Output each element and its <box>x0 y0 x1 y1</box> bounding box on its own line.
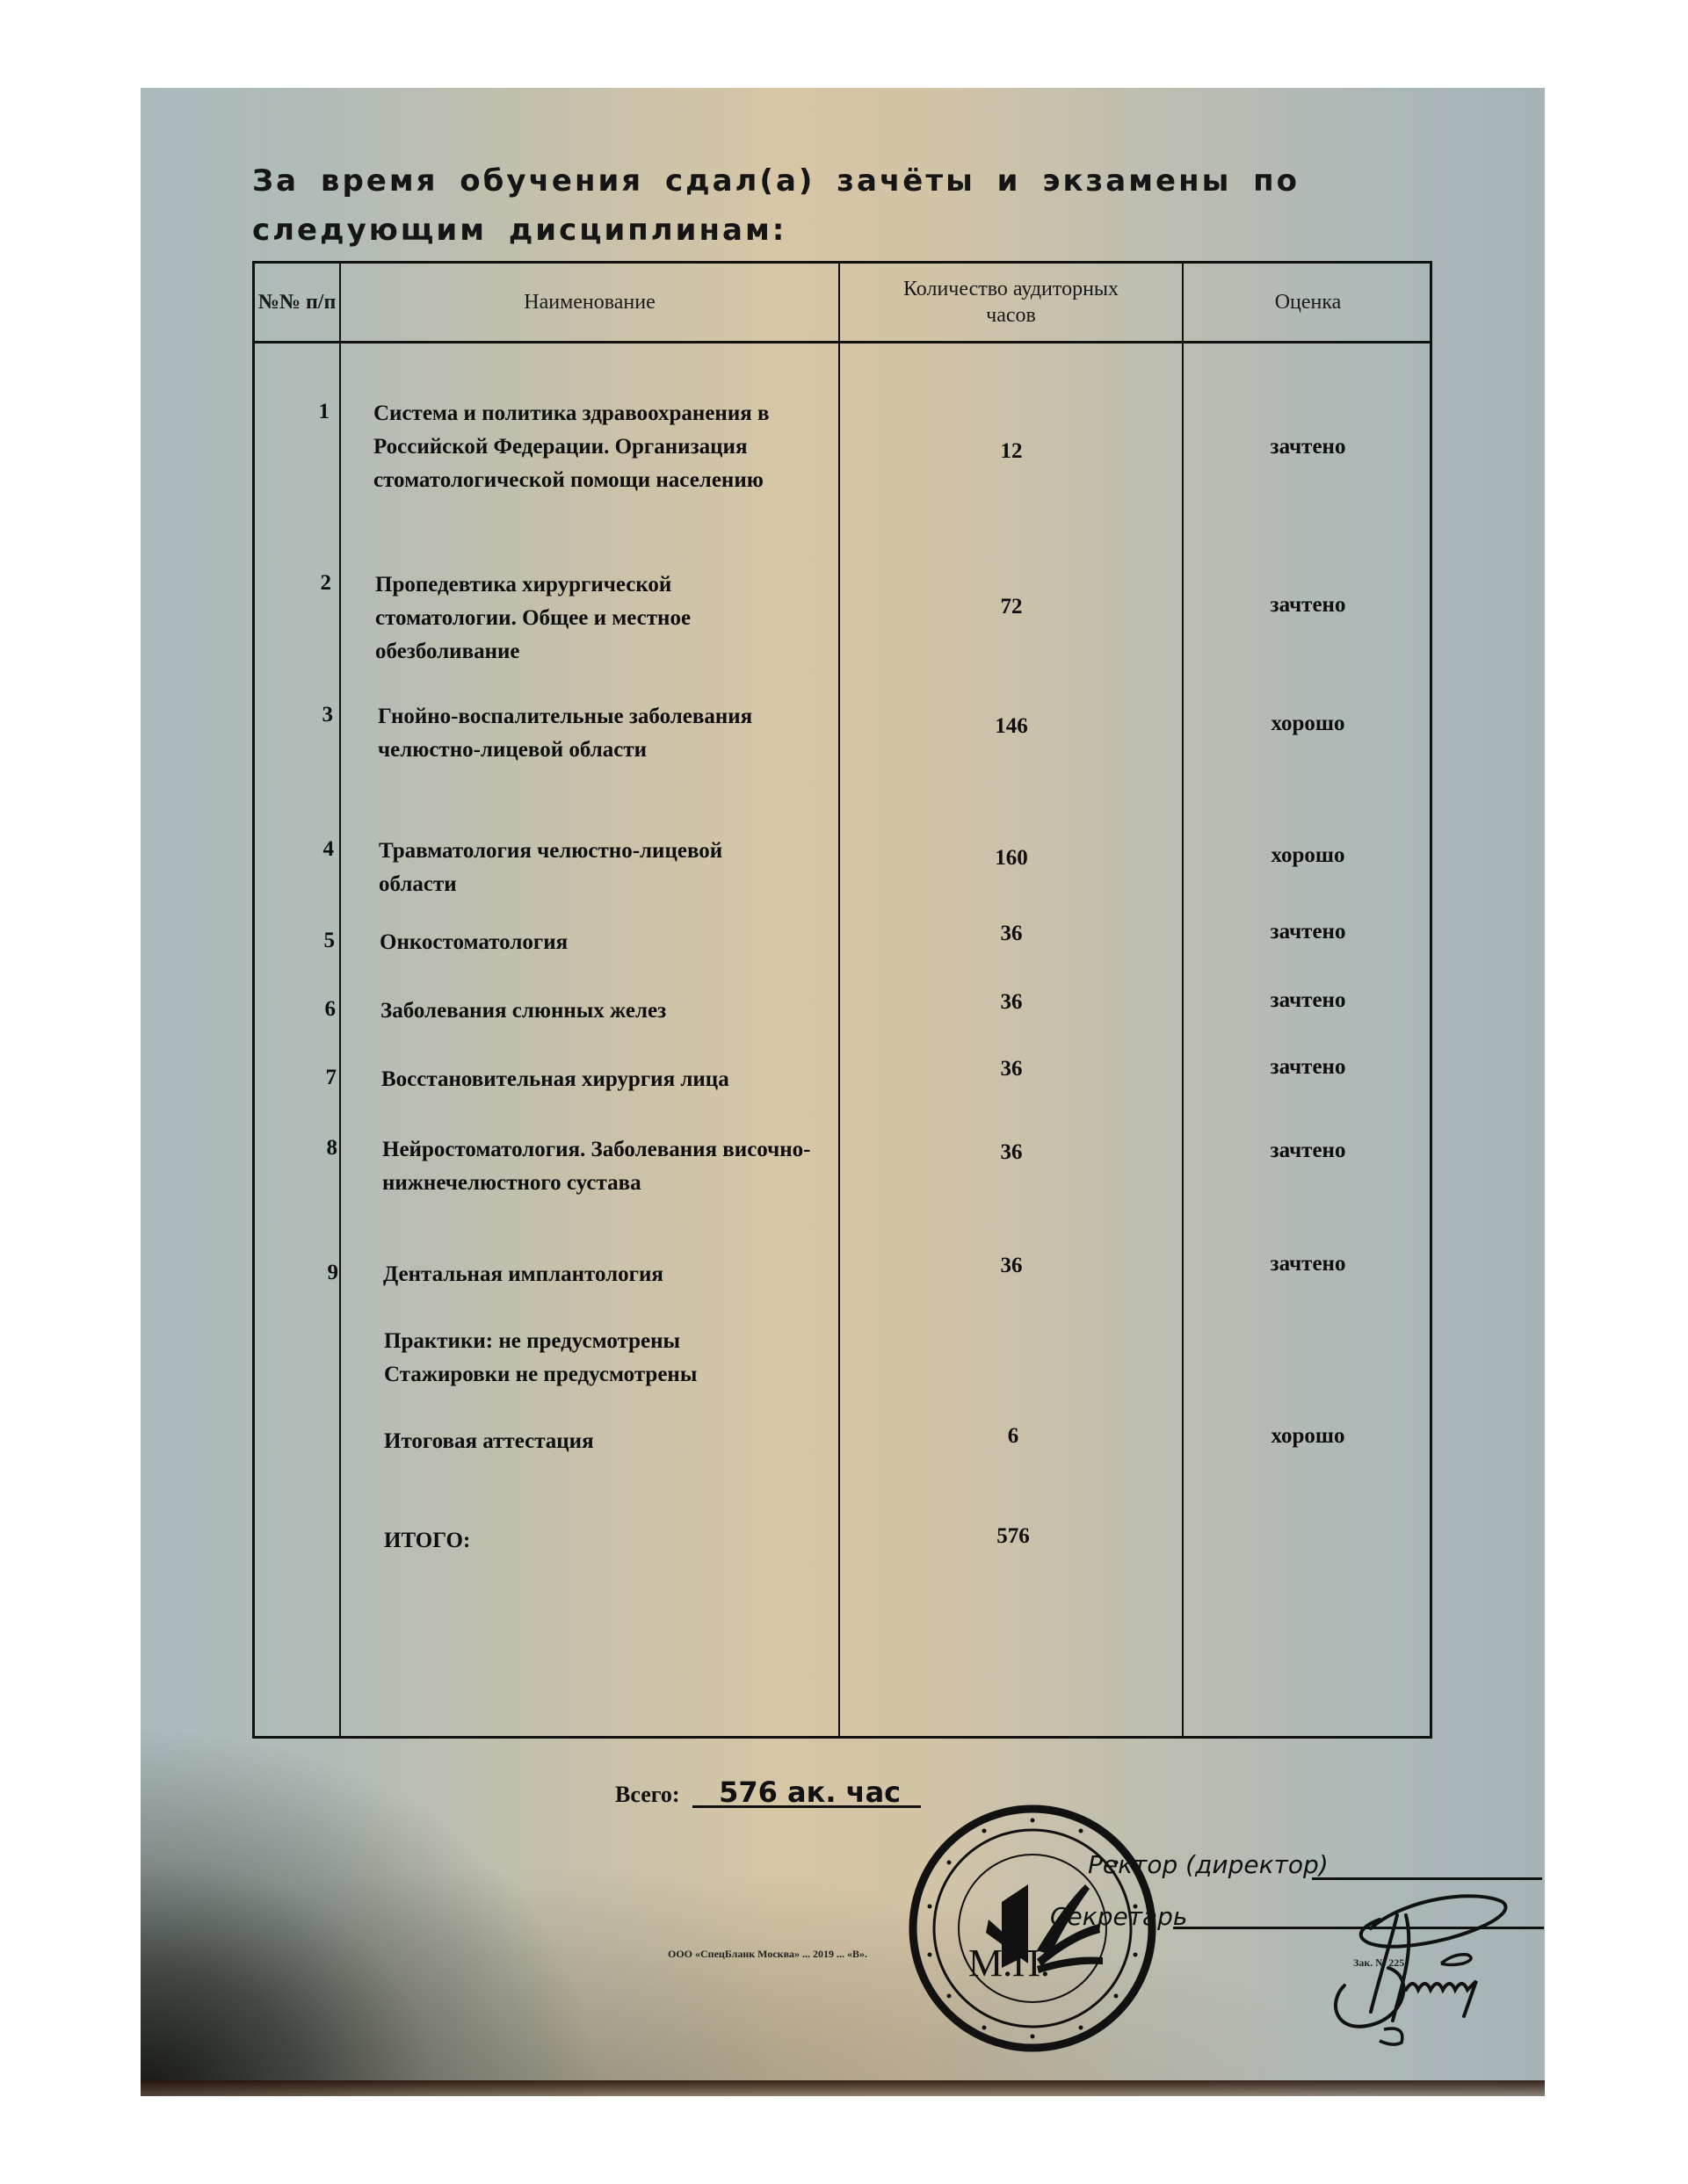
row-discipline: Система и политика здравоохранения в Рос… <box>373 397 830 497</box>
row-hours: 6 <box>842 1420 1184 1453</box>
row-hours: 12 <box>840 435 1183 468</box>
row-number: 9 <box>255 1256 338 1290</box>
footer-total-value: 576 ак. час <box>692 1779 921 1808</box>
rector-signature-line <box>1312 1877 1542 1880</box>
row-grade: хорошо <box>1184 707 1432 741</box>
row-number: 4 <box>250 833 334 866</box>
row-hours: 72 <box>840 590 1183 624</box>
order-number: Зак. № 225 <box>1353 1956 1404 1970</box>
row-grade: зачтено <box>1184 1134 1432 1168</box>
row-grade: зачтено <box>1184 1051 1432 1084</box>
rector-label: Ректор (директор) <box>1088 1850 1329 1879</box>
header-num: №№ п/п <box>255 264 339 341</box>
printer-imprint: ООО «СпецБланк Москва» ... 2019 ... «В». <box>668 1948 867 1961</box>
footer-total: Всего: 576 ак. час <box>615 1779 921 1808</box>
row-number: 8 <box>254 1132 337 1165</box>
signature-icon <box>1309 1880 1538 2047</box>
row-number: 1 <box>246 395 330 429</box>
header-grade: Оценка <box>1184 264 1432 341</box>
header-name: Наименование <box>341 264 838 341</box>
row-number: 7 <box>253 1061 337 1095</box>
row-number: 6 <box>252 993 336 1026</box>
row-hours: 36 <box>840 1136 1183 1169</box>
row-hours: 36 <box>840 917 1183 951</box>
header-hours: Количество аудиторных часов <box>840 264 1182 341</box>
row-discipline: Нейростоматология. Заболевания височно-н… <box>382 1133 839 1200</box>
row-discipline: Итоговая аттестация <box>384 1425 841 1458</box>
row-hours: 160 <box>840 842 1183 875</box>
row-discipline: Дентальная имплантология <box>383 1258 840 1291</box>
row-grade: хорошо <box>1184 1420 1432 1453</box>
row-grade: зачтено <box>1184 589 1432 622</box>
row-discipline: Онкостоматология <box>380 926 837 959</box>
row-grade: зачтено <box>1184 915 1432 949</box>
footer-total-label: Всего: <box>615 1782 680 1807</box>
row-hours: 146 <box>840 710 1183 743</box>
row-grade: зачтено <box>1184 984 1432 1017</box>
row-number: 5 <box>251 924 335 958</box>
row-discipline: Заболевания слюнных желез <box>380 994 837 1028</box>
total-hours: 576 <box>842 1520 1184 1553</box>
total-label: ИТОГО: <box>384 1524 841 1558</box>
internships-note: Стажировки не предусмотрены <box>384 1358 841 1392</box>
column-divider <box>339 264 341 1736</box>
row-hours: 36 <box>840 1249 1183 1283</box>
stamp-mark-label: М.П. <box>968 1941 1050 1985</box>
disciplines-table: №№ п/п Наименование Количество аудиторны… <box>252 261 1432 1739</box>
row-hours: 36 <box>840 1052 1183 1086</box>
row-discipline: Восстановительная хирургия лица <box>381 1063 838 1096</box>
secretary-label: Секретарь <box>1050 1902 1187 1931</box>
secretary-signature-line <box>1173 1927 1544 1929</box>
header-divider <box>255 341 1430 344</box>
row-discipline: Травматология челюстно-лицевой области <box>379 835 765 901</box>
practices-note: Практики: не предусмотрены <box>384 1325 841 1358</box>
row-number: 3 <box>250 698 333 732</box>
row-grade: зачтено <box>1184 430 1432 464</box>
row-hours: 36 <box>840 986 1183 1019</box>
row-grade: хорошо <box>1184 839 1432 872</box>
row-grade: зачтено <box>1184 1247 1432 1281</box>
row-discipline: Гнойно-воспалительные заболевания челюст… <box>378 700 835 767</box>
row-discipline: Пропедевтика хирургической стоматологии.… <box>375 568 744 669</box>
page-heading: За время обучения сдал(а) зачёты и экзам… <box>252 156 1544 255</box>
row-number: 2 <box>248 567 331 600</box>
diploma-supplement-page: За время обучения сдал(а) зачёты и экзам… <box>141 88 1545 2096</box>
